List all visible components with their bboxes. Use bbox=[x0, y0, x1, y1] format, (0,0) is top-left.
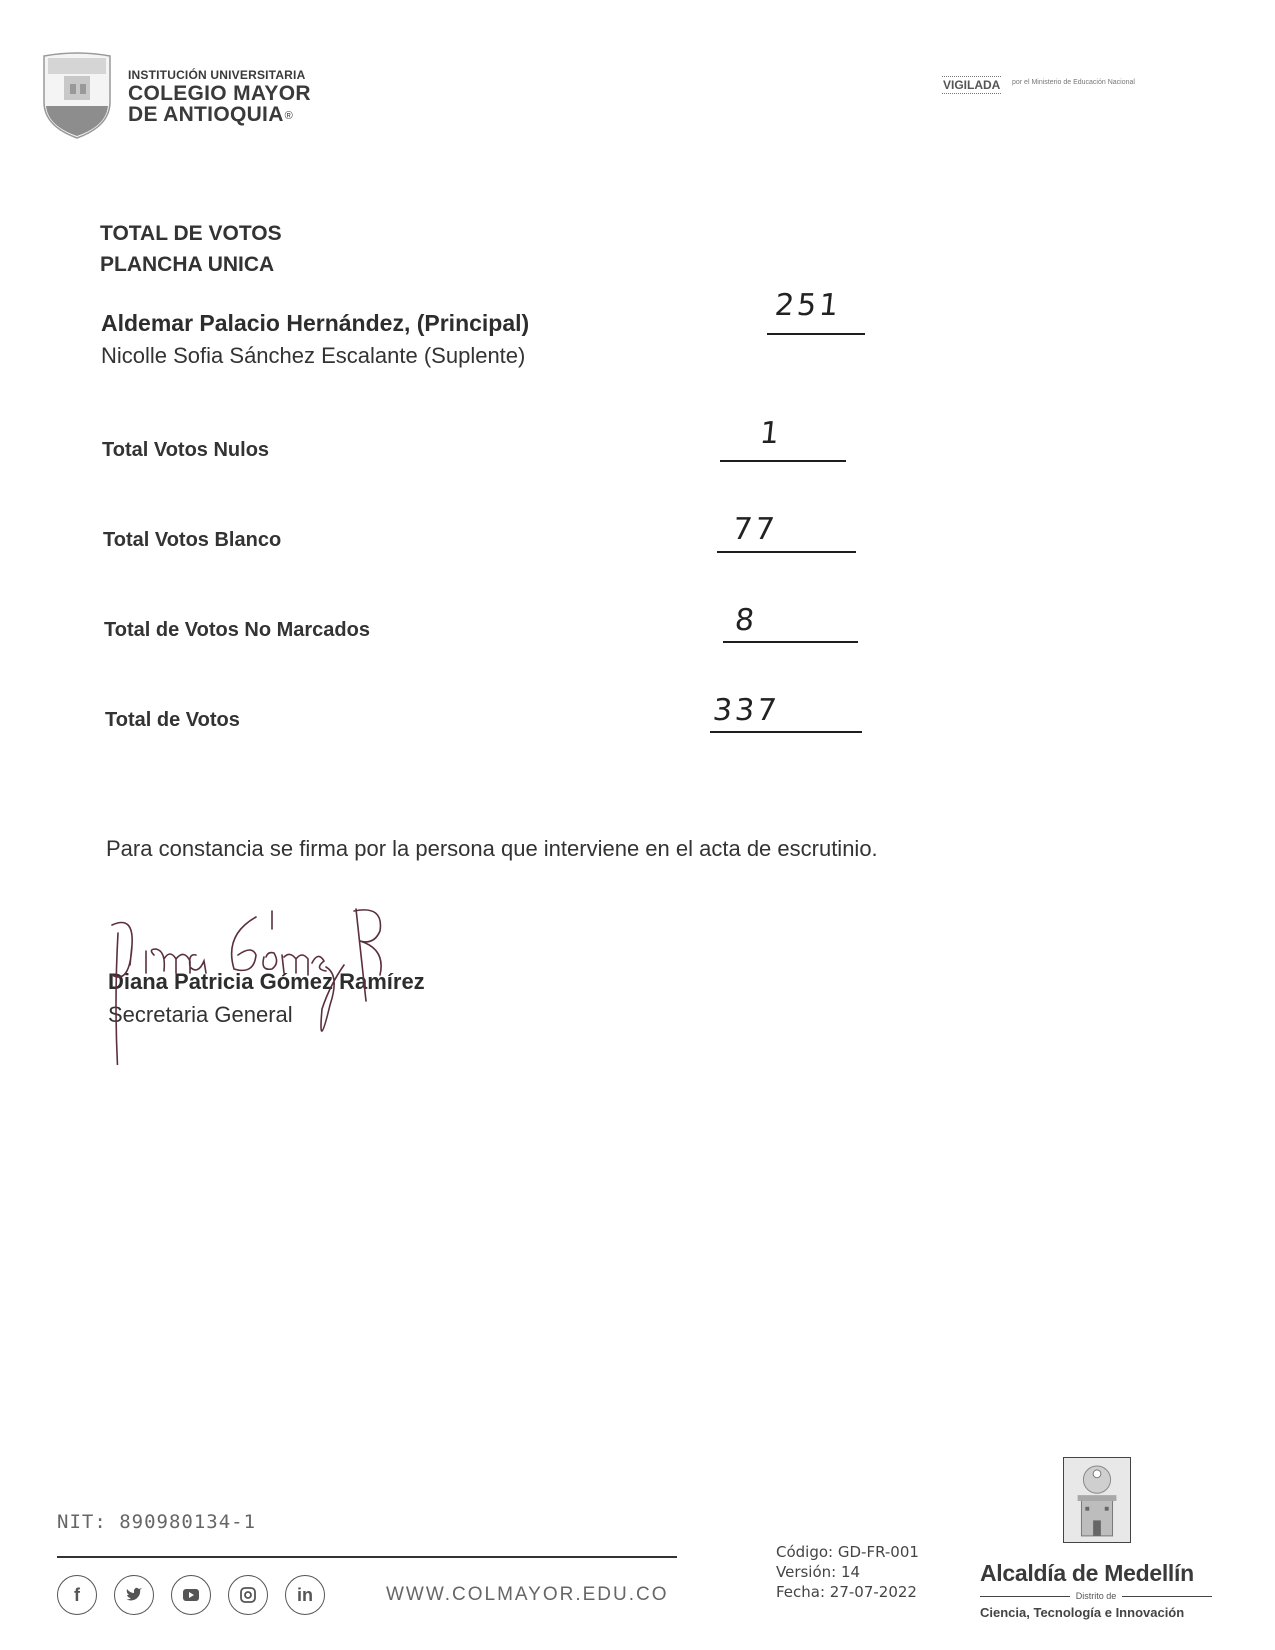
document-date: Fecha: 27-07-2022 bbox=[776, 1582, 919, 1602]
facebook-icon[interactable]: f bbox=[57, 1575, 97, 1615]
document-code: Código: GD-FR-001 bbox=[776, 1542, 919, 1562]
youtube-play-glyph bbox=[182, 1588, 200, 1602]
candidate-suplente: Nicolle Sofia Sánchez Escalante (Suplent… bbox=[101, 343, 525, 369]
row-label-blanco: Total Votos Blanco bbox=[103, 529, 281, 552]
row-value-total: 337 bbox=[711, 693, 781, 728]
document-version: Versión: 14 bbox=[776, 1562, 919, 1582]
distrito-row: Distrito de bbox=[980, 1591, 1212, 1601]
row-value-nulos: 1 bbox=[758, 416, 784, 451]
ciencia-tecnologia-label: Ciencia, Tecnología e Innovación bbox=[980, 1605, 1184, 1620]
document-heading: TOTAL DE VOTOS PLANCHA UNICA bbox=[100, 218, 282, 280]
plancha-votes-value: 251 bbox=[773, 288, 843, 323]
row-line-blanco bbox=[717, 551, 856, 553]
twitter-icon[interactable] bbox=[114, 1575, 154, 1615]
heading-line1: TOTAL DE VOTOS bbox=[100, 218, 282, 249]
registered-mark: ® bbox=[285, 110, 293, 122]
footer-divider bbox=[57, 1556, 677, 1558]
row-value-blanco: 77 bbox=[731, 512, 779, 547]
instagram-icon[interactable] bbox=[228, 1575, 268, 1615]
distrito-label: Distrito de bbox=[1076, 1591, 1117, 1601]
plancha-votes-line bbox=[767, 333, 865, 335]
nit-number: NIT: 890980134-1 bbox=[57, 1511, 256, 1533]
row-label-total: Total de Votos bbox=[105, 709, 240, 732]
social-links: f in bbox=[57, 1575, 325, 1615]
institution-name-line2: DE ANTIOQUIA® bbox=[128, 104, 311, 125]
institution-type: INSTITUCIÓN UNIVERSITARIA bbox=[128, 69, 311, 81]
document-control-info: Código: GD-FR-001 Versión: 14 Fecha: 27-… bbox=[776, 1542, 919, 1602]
closing-statement: Para constancia se firma por la persona … bbox=[106, 836, 878, 862]
distrito-rule-left bbox=[980, 1596, 1070, 1597]
institution-name-line1: COLEGIO MAYOR bbox=[128, 83, 311, 104]
alcaldia-medellin-label: Alcaldía de Medellín bbox=[980, 1560, 1194, 1587]
website-link[interactable]: WWW.COLMAYOR.EDU.CO bbox=[386, 1584, 669, 1606]
row-label-nulos: Total Votos Nulos bbox=[102, 439, 269, 462]
youtube-icon[interactable] bbox=[171, 1575, 211, 1615]
row-line-total bbox=[710, 731, 862, 733]
row-value-no-marcados: 8 bbox=[733, 603, 759, 638]
institution-name: INSTITUCIÓN UNIVERSITARIA COLEGIO MAYOR … bbox=[128, 69, 311, 125]
institution-name-line2-text: DE ANTIOQUIA bbox=[128, 103, 284, 126]
heading-line2: PLANCHA UNICA bbox=[100, 249, 282, 280]
row-line-no-marcados bbox=[723, 641, 858, 643]
candidate-principal: Aldemar Palacio Hernández, (Principal) bbox=[101, 310, 529, 337]
distrito-rule-right bbox=[1122, 1596, 1212, 1597]
colegio-mayor-shield-logo bbox=[40, 50, 114, 140]
twitter-bird-glyph bbox=[125, 1587, 143, 1603]
handwritten-signature bbox=[104, 905, 424, 1065]
vigilada-label: VIGILADA bbox=[942, 76, 1001, 94]
medellin-coat-of-arms-icon bbox=[1063, 1457, 1131, 1543]
instagram-camera-glyph bbox=[240, 1587, 256, 1603]
row-line-nulos bbox=[720, 460, 846, 462]
linkedin-icon[interactable]: in bbox=[285, 1575, 325, 1615]
vigilada-text: por el Ministerio de Educación Nacional bbox=[1012, 79, 1135, 86]
row-label-no-marcados: Total de Votos No Marcados bbox=[104, 619, 370, 642]
